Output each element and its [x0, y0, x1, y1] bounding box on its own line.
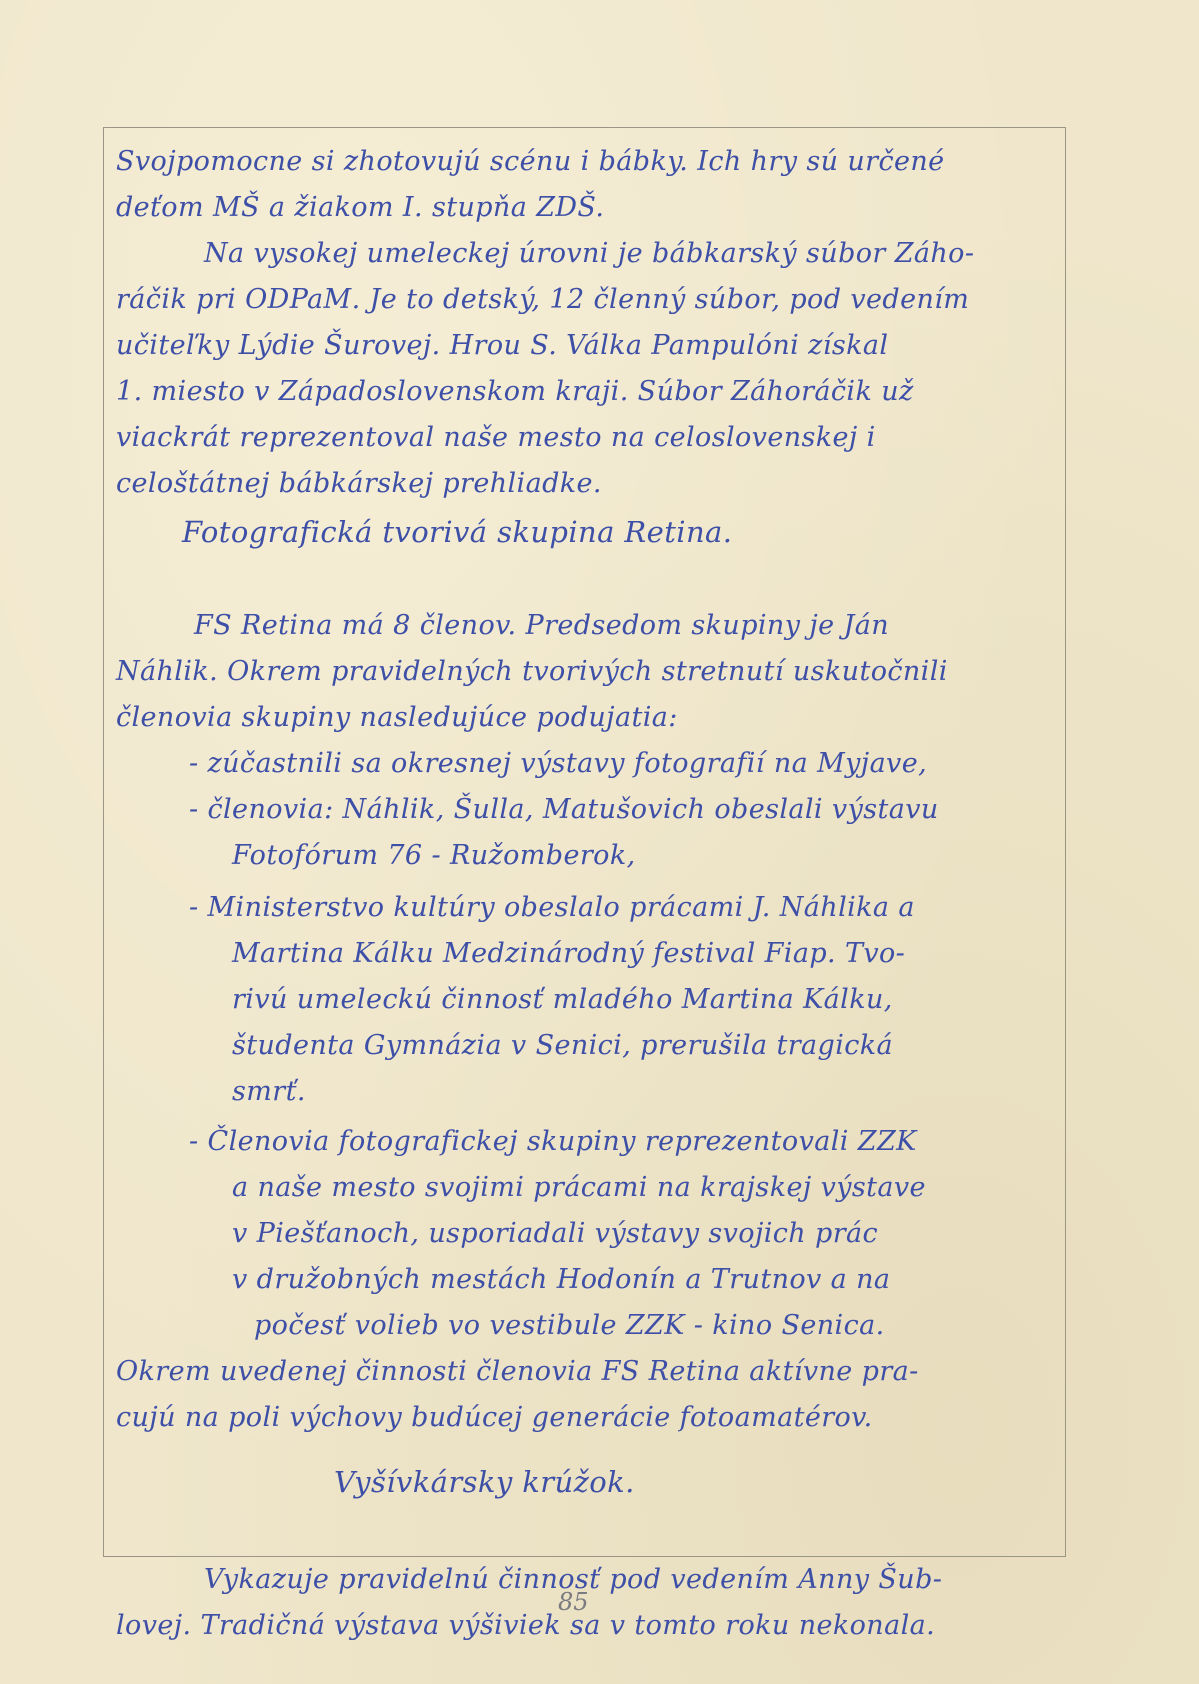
list-item-continuation: počesť volieb vo vestibule ZZK - kino Se…: [254, 1312, 885, 1339]
list-item: - zúčastnili sa okresnej výstavy fotogra…: [189, 750, 927, 777]
text-line: deťom MŠ a žiakom I. stupňa ZDŠ.: [116, 194, 604, 221]
text-line: FS Retina má 8 členov. Predsedom skupiny…: [194, 612, 889, 639]
list-item-continuation: v Piešťanoch, usporiadali výstavy svojic…: [232, 1220, 878, 1247]
text-line: viackrát reprezentoval naše mesto na cel…: [116, 424, 876, 451]
list-item-continuation: študenta Gymnázia v Senici, prerušila tr…: [232, 1032, 893, 1059]
text-line: Svojpomocne si zhotovujú scénu i bábky. …: [116, 148, 945, 175]
list-item-continuation: Martina Kálku Medzinárodný festival Fiap…: [232, 940, 905, 967]
text-line: ráčik pri ODPaM. Je to detský, 12 členný…: [116, 286, 969, 313]
text-line: Okrem uvedenej činnosti členovia FS Reti…: [116, 1358, 919, 1385]
text-line: členovia skupiny nasledujúce podujatia:: [116, 704, 678, 731]
text-line: celoštátnej bábkárskej prehliadke.: [116, 470, 602, 497]
text-line: 1. miesto v Západoslovenskom kraji. Súbo…: [116, 378, 914, 405]
text-line: Na vysokej umeleckej úrovni je bábkarský…: [204, 240, 974, 267]
page-frame: Svojpomocne si zhotovujú scénu i bábky. …: [103, 127, 1066, 1557]
page-number: 85: [558, 1588, 589, 1616]
list-item-continuation: Fotofórum 76 - Ružomberok,: [232, 842, 636, 869]
text-line: učiteľky Lýdie Šurovej. Hrou S. Válka Pa…: [116, 332, 888, 359]
section-heading-embroidery: Vyšívkársky krúžok.: [334, 1468, 635, 1497]
text-line: Náhlik. Okrem pravidelných tvorivých str…: [116, 658, 948, 685]
list-item: - Členovia fotografickej skupiny repreze…: [189, 1128, 917, 1155]
list-item: - Ministerstvo kultúry obeslalo prácami …: [189, 894, 915, 921]
list-item: - členovia: Náhlik, Šulla, Matušovich ob…: [189, 796, 939, 823]
text-line: lovej. Tradičná výstava výšiviek sa v to…: [116, 1612, 935, 1639]
section-heading-photo: Fotografická tvorivá skupina Retina.: [182, 518, 732, 547]
list-item-continuation: a naše mesto svojimi prácami na krajskej…: [232, 1174, 926, 1201]
list-item-continuation: smrť.: [232, 1078, 306, 1105]
list-item-continuation: v družobných mestách Hodonín a Trutnov a…: [232, 1266, 890, 1293]
list-item-continuation: rivú umeleckú činnosť mladého Martina Ká…: [232, 986, 893, 1013]
text-line: cujú na poli výchovy budúcej generácie f…: [116, 1404, 873, 1431]
